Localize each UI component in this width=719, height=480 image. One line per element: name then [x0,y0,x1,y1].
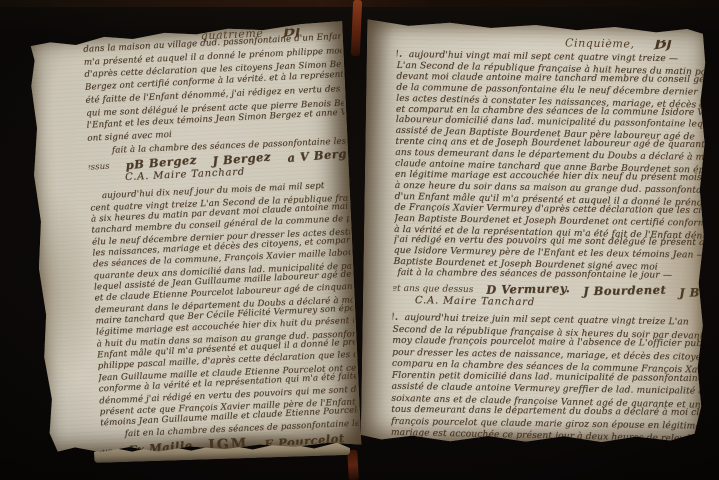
manuscript-line: maison au grange dud. passonfontaine d'u… [391,439,703,446]
register-record: Bapd.aujourd'hui dix neuf jour du mois d… [90,180,360,453]
left-page-records: dans la maison au village dud. passonfon… [83,26,360,453]
right-page: Cinquième, Bf Bapd.aujourd'hui vingt mai… [361,19,712,448]
register-scan-photo: quatrième Bf dans la maison au village d… [0,0,719,480]
binding-thread-top [351,0,362,56]
signature: J Bourdenet [679,284,709,300]
binding-thread-bottom [347,450,359,480]
record-margin-note: Bapd. [391,312,399,325]
register-record: Bapd.aujourd'hui vingt mai mil sept cent… [393,50,709,312]
left-folio-label: quatrième [200,27,263,43]
signature: J Bourdenet [583,283,666,299]
right-page-content: Cinquième, Bf Bapd.aujourd'hui vingt mai… [391,36,709,447]
closing-formula-end: mois et ans que dessus [391,283,474,295]
right-folio-row: Cinquième, Bf [565,36,672,52]
right-folio-paraph-flourish: Bf [653,36,672,54]
left-page: quatrième Bf dans la maison au village d… [25,21,362,459]
right-page-records: Bapd.aujourd'hui vingt mai mil sept cent… [391,36,709,447]
signature: D Vermurey. [486,281,570,297]
register-record: Bapd.aujourd'hui treize juin mil sept ce… [391,313,705,447]
left-page-content: quatrième Bf dans la maison au village d… [83,26,360,453]
right-folio-label: Cinquième, [565,36,635,50]
register-record: dans la maison au village dud. passonfon… [83,32,347,186]
record-margin-note: Bapd. [391,49,403,62]
